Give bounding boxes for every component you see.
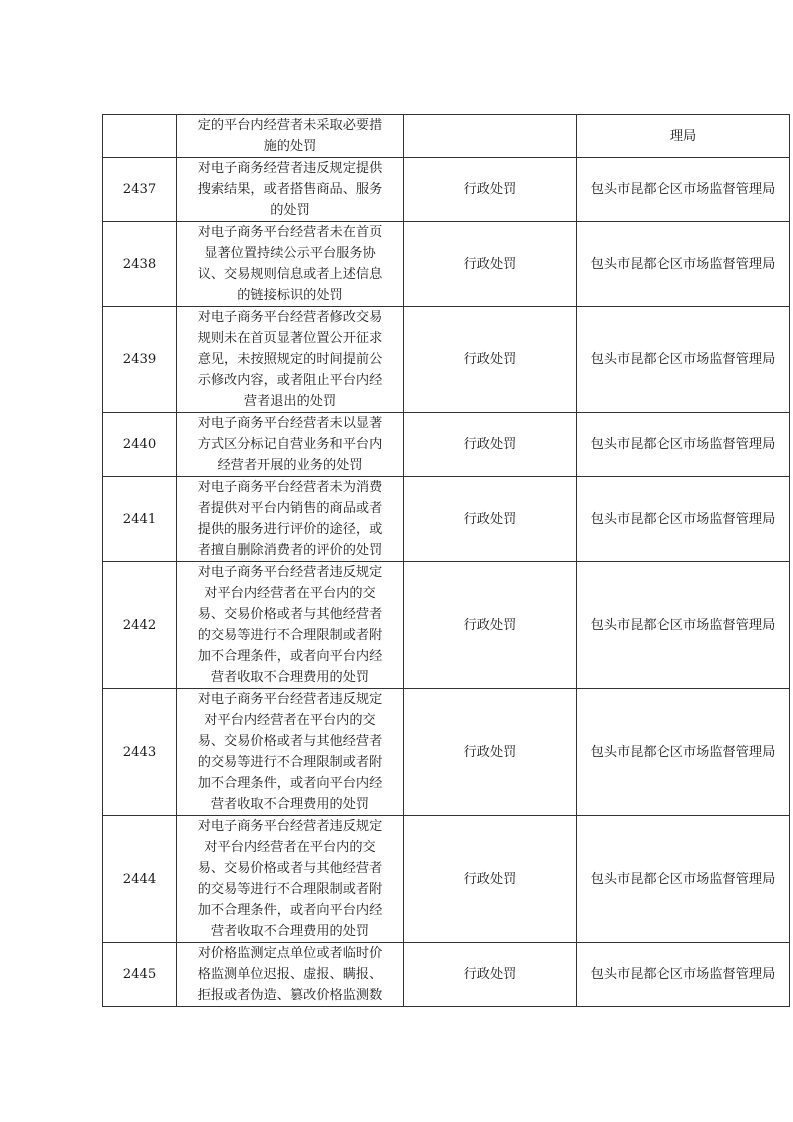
item-name-line: 议、交易规则信息或者上述信息 [183, 264, 397, 285]
item-name-line: 对电子商务平台经营者未为消费 [183, 477, 397, 498]
item-name-line: 方式区分标记自营业务和平台内 [183, 434, 397, 455]
item-name-line: 的链接标识的处罚 [183, 285, 397, 306]
table-row: 2441对电子商务平台经营者未为消费者提供对平台内销售的商品或者提供的服务进行评… [103, 477, 790, 562]
item-name-line: 经营者开展的业务的处罚 [183, 455, 397, 476]
power-type-cell: 行政处罚 [404, 477, 577, 562]
item-number-cell: 2442 [103, 562, 177, 689]
item-number-cell [103, 115, 177, 158]
item-name-line: 加不合理条件，或者向平台内经 [183, 646, 397, 667]
item-name-line: 搜索结果，或者搭售商品、服务 [183, 179, 397, 200]
item-name-line: 的交易等进行不合理限制或者附 [183, 625, 397, 646]
item-number-cell: 2441 [103, 477, 177, 562]
item-name-line: 对平台内经营者在平台内的交 [183, 583, 397, 604]
item-name-cell: 定的平台内经营者未采取必要措施的处罚 [177, 115, 404, 158]
table-row: 2442对电子商务平台经营者违反规定对平台内经营者在平台内的交易、交易价格或者与… [103, 562, 790, 689]
item-name-line: 者擅自删除消费者的评价的处罚 [183, 540, 397, 561]
item-name-line: 加不合理条件，或者向平台内经 [183, 900, 397, 921]
table-row: 2443对电子商务平台经营者违反规定对平台内经营者在平台内的交易、交易价格或者与… [103, 689, 790, 816]
item-name-line: 提供的服务进行评价的途径，或 [183, 519, 397, 540]
item-number-cell: 2440 [103, 413, 177, 477]
table-row: 2440对电子商务平台经营者未以显著方式区分标记自营业务和平台内经营者开展的业务… [103, 413, 790, 477]
implementing-agency-cell: 包头市昆都仑区市场监督管理局 [577, 222, 790, 307]
item-name-cell: 对电子商务平台经营者未以显著方式区分标记自营业务和平台内经营者开展的业务的处罚 [177, 413, 404, 477]
item-name-line: 对价格监测定点单位或者临时价 [183, 943, 397, 964]
item-name-line: 营者收取不合理费用的处罚 [183, 794, 397, 815]
power-type-cell: 行政处罚 [404, 943, 577, 1007]
power-type-cell [404, 115, 577, 158]
item-name-line: 对电子商务平台经营者违反规定 [183, 689, 397, 710]
item-name-line: 对平台内经营者在平台内的交 [183, 837, 397, 858]
item-name-cell: 对电子商务平台经营者违反规定对平台内经营者在平台内的交易、交易价格或者与其他经营… [177, 816, 404, 943]
item-name-line: 对平台内经营者在平台内的交 [183, 710, 397, 731]
item-name-line: 营者退出的处罚 [183, 391, 397, 412]
document-page: 定的平台内经营者未采取必要措施的处罚理局2437对电子商务经营者违反规定提供搜索… [0, 0, 793, 1122]
item-name-line: 对电子商务平台经营者违反规定 [183, 562, 397, 583]
table-row: 2438对电子商务平台经营者未在首页显著位置持续公示平台服务协议、交易规则信息或… [103, 222, 790, 307]
item-name-cell: 对电子商务平台经营者未为消费者提供对平台内销售的商品或者提供的服务进行评价的途径… [177, 477, 404, 562]
implementing-agency-cell: 包头市昆都仑区市场监督管理局 [577, 413, 790, 477]
item-name-line: 对电子商务经营者违反规定提供 [183, 158, 397, 179]
item-name-line: 格监测单位迟报、虚报、瞒报、 [183, 964, 397, 985]
item-name-line: 易、交易价格或者与其他经营者 [183, 731, 397, 752]
item-name-line: 营者收取不合理费用的处罚 [183, 667, 397, 688]
table-row: 定的平台内经营者未采取必要措施的处罚理局 [103, 115, 790, 158]
power-type-cell: 行政处罚 [404, 816, 577, 943]
table-row: 2439对电子商务平台经营者修改交易规则未在首页显著位置公开征求意见，未按照规定… [103, 307, 790, 413]
item-name-cell: 对电子商务经营者违反规定提供搜索结果，或者搭售商品、服务的处罚 [177, 158, 404, 222]
implementing-agency-cell: 包头市昆都仑区市场监督管理局 [577, 816, 790, 943]
penalty-items-table: 定的平台内经营者未采取必要措施的处罚理局2437对电子商务经营者违反规定提供搜索… [102, 114, 790, 1007]
item-name-line: 对电子商务平台经营者违反规定 [183, 816, 397, 837]
implementing-agency-cell: 包头市昆都仑区市场监督管理局 [577, 477, 790, 562]
item-name-line: 拒报或者伪造、篡改价格监测数 [183, 985, 397, 1006]
item-name-line: 者提供对平台内销售的商品或者 [183, 498, 397, 519]
item-name-line: 规则未在首页显著位置公开征求 [183, 328, 397, 349]
item-name-cell: 对价格监测定点单位或者临时价格监测单位迟报、虚报、瞒报、拒报或者伪造、篡改价格监… [177, 943, 404, 1007]
item-name-line: 营者收取不合理费用的处罚 [183, 921, 397, 942]
power-type-cell: 行政处罚 [404, 158, 577, 222]
item-name-cell: 对电子商务平台经营者修改交易规则未在首页显著位置公开征求意见，未按照规定的时间提… [177, 307, 404, 413]
implementing-agency-cell: 包头市昆都仑区市场监督管理局 [577, 307, 790, 413]
item-name-line: 对电子商务平台经营者未在首页 [183, 222, 397, 243]
item-number-cell: 2444 [103, 816, 177, 943]
item-name-line: 显著位置持续公示平台服务协 [183, 243, 397, 264]
item-name-line: 定的平台内经营者未采取必要措 [183, 115, 397, 136]
implementing-agency-cell: 包头市昆都仑区市场监督管理局 [577, 943, 790, 1007]
power-type-cell: 行政处罚 [404, 307, 577, 413]
table-body: 定的平台内经营者未采取必要措施的处罚理局2437对电子商务经营者违反规定提供搜索… [103, 115, 790, 1007]
implementing-agency-cell: 包头市昆都仑区市场监督管理局 [577, 689, 790, 816]
item-name-line: 易、交易价格或者与其他经营者 [183, 858, 397, 879]
implementing-agency-cell: 包头市昆都仑区市场监督管理局 [577, 158, 790, 222]
item-name-cell: 对电子商务平台经营者违反规定对平台内经营者在平台内的交易、交易价格或者与其他经营… [177, 562, 404, 689]
table-row: 2445对价格监测定点单位或者临时价格监测单位迟报、虚报、瞒报、拒报或者伪造、篡… [103, 943, 790, 1007]
item-name-line: 的交易等进行不合理限制或者附 [183, 752, 397, 773]
item-number-cell: 2437 [103, 158, 177, 222]
table-row: 2437对电子商务经营者违反规定提供搜索结果，或者搭售商品、服务的处罚行政处罚包… [103, 158, 790, 222]
item-name-line: 的处罚 [183, 200, 397, 221]
item-name-cell: 对电子商务平台经营者违反规定对平台内经营者在平台内的交易、交易价格或者与其他经营… [177, 689, 404, 816]
table-row: 2444对电子商务平台经营者违反规定对平台内经营者在平台内的交易、交易价格或者与… [103, 816, 790, 943]
implementing-agency-cell: 理局 [577, 115, 790, 158]
item-number-cell: 2439 [103, 307, 177, 413]
item-name-line: 加不合理条件，或者向平台内经 [183, 773, 397, 794]
item-name-line: 对电子商务平台经营者未以显著 [183, 413, 397, 434]
item-number-cell: 2445 [103, 943, 177, 1007]
item-name-line: 对电子商务平台经营者修改交易 [183, 307, 397, 328]
power-type-cell: 行政处罚 [404, 689, 577, 816]
item-name-line: 的交易等进行不合理限制或者附 [183, 879, 397, 900]
item-name-line: 示修改内容，或者阻止平台内经 [183, 370, 397, 391]
implementing-agency-cell: 包头市昆都仑区市场监督管理局 [577, 562, 790, 689]
item-number-cell: 2438 [103, 222, 177, 307]
power-type-cell: 行政处罚 [404, 413, 577, 477]
item-name-line: 施的处罚 [183, 136, 397, 157]
item-name-cell: 对电子商务平台经营者未在首页显著位置持续公示平台服务协议、交易规则信息或者上述信… [177, 222, 404, 307]
power-type-cell: 行政处罚 [404, 562, 577, 689]
item-number-cell: 2443 [103, 689, 177, 816]
item-name-line: 易、交易价格或者与其他经营者 [183, 604, 397, 625]
item-name-line: 意见，未按照规定的时间提前公 [183, 349, 397, 370]
power-type-cell: 行政处罚 [404, 222, 577, 307]
